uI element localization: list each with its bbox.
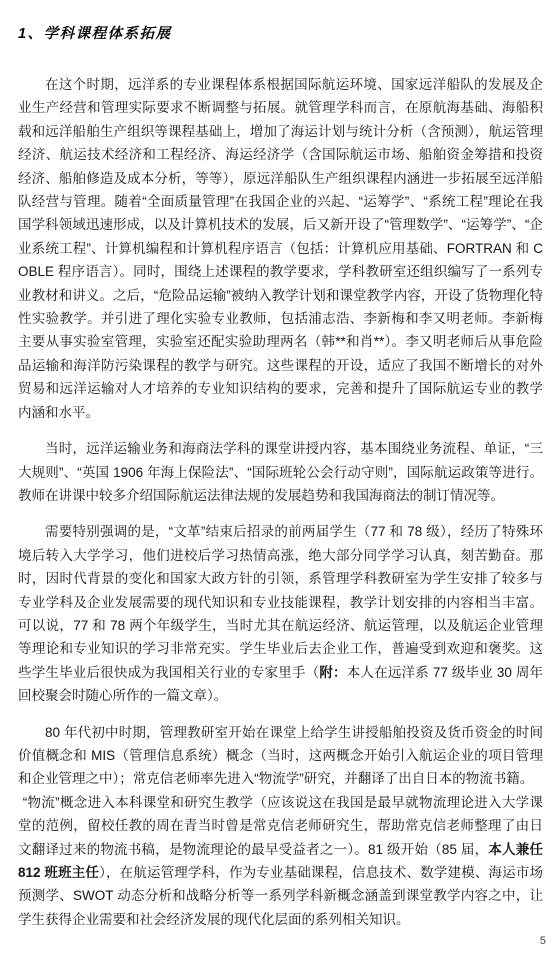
text-run: “物流”概念进入本科课堂和研究生教学（应该说这在我国是最早就物流理论进入大学课堂…: [18, 795, 543, 857]
bold-text-run: 附：: [319, 665, 346, 680]
text-run: 80 年代初中时期，管理教研室开始在课堂上给学生讲授船舶投资及货币资金的时间价值…: [18, 725, 543, 787]
paragraph: 当时，远洋运输业务和海商法学科的课堂讲授内容，基本围绕业务流程、单证，“三大规则…: [18, 437, 543, 507]
document-title: 1、学科课程体系拓展: [18, 22, 543, 43]
paragraph: 80 年代初中时期，管理教研室开始在课堂上给学生讲授船舶投资及货币资金的时间价值…: [18, 721, 543, 791]
paragraph: 需要特别强调的是，“文革”结束后招录的前两届学生（77 和 78 级），经历了特…: [18, 520, 543, 707]
page-number: 5: [540, 935, 546, 947]
paragraph: 在这个时期，远洋系的专业课程体系根据国际航运环境、国家远洋船队的发展及企业生产经…: [18, 73, 543, 424]
document-page: 1、学科课程体系拓展 在这个时期，远洋系的专业课程体系根据国际航运环境、国家远洋…: [0, 0, 560, 958]
document-body: 在这个时期，远洋系的专业课程体系根据国际航运环境、国家远洋船队的发展及企业生产经…: [18, 73, 543, 931]
document-content: 1、学科课程体系拓展 在这个时期，远洋系的专业课程体系根据国际航运环境、国家远洋…: [18, 0, 543, 944]
paragraph: “物流”概念进入本科课堂和研究生教学（应该说这在我国是最早就物流理论进入大学课堂…: [18, 791, 543, 931]
text-run: 当时，远洋运输业务和海商法学科的课堂讲授内容，基本围绕业务流程、单证，“三大规则…: [18, 441, 543, 503]
text-run: 需要特别强调的是，“文革”结束后招录的前两届学生（77 和 78 级），经历了特…: [18, 524, 543, 679]
text-run: 在这个时期，远洋系的专业课程体系根据国际航运环境、国家远洋船队的发展及企业生产经…: [18, 77, 543, 420]
